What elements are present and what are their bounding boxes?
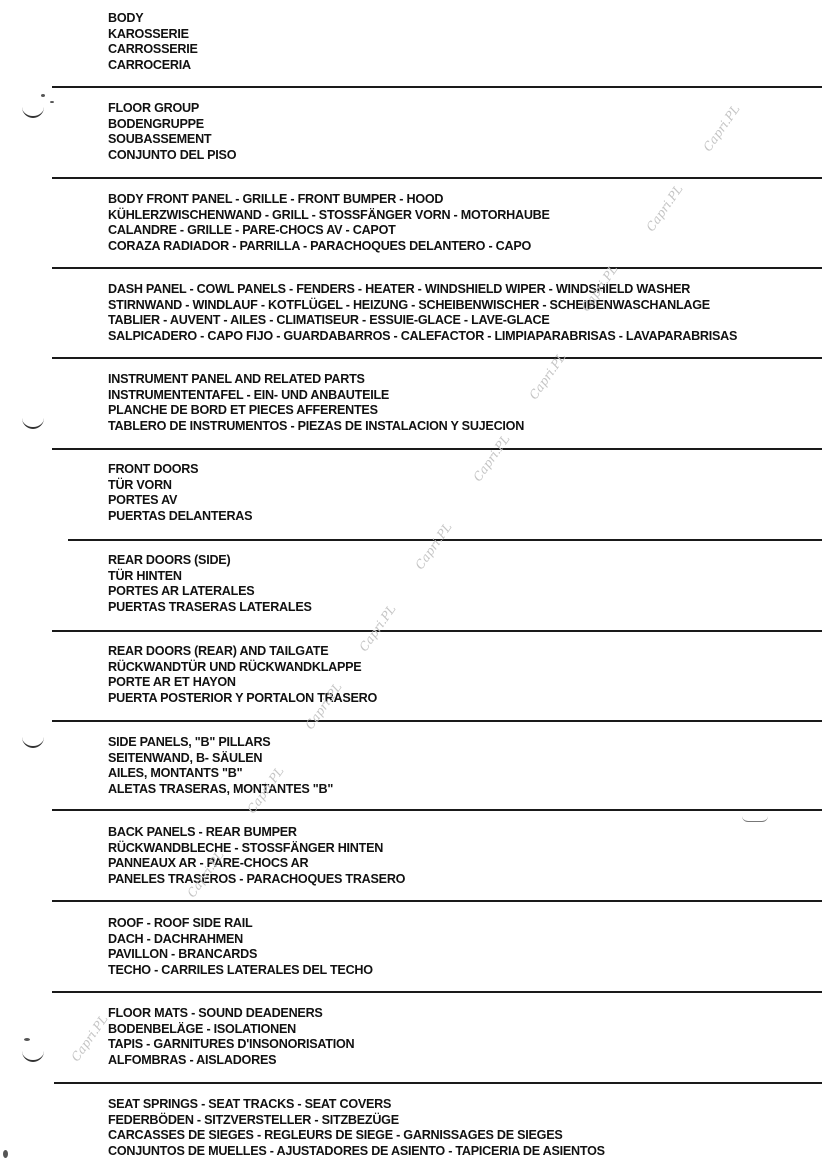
section-divider (52, 448, 822, 450)
watermark: Capri.PL (69, 1012, 111, 1064)
section-front-doors: FRONT DOORS TÜR VORN PORTES AV PUERTAS D… (108, 462, 822, 524)
section-divider (52, 900, 822, 902)
section-line-es: PUERTAS TRASERAS LATERALES (108, 600, 822, 616)
section-line-de: KAROSSERIE (108, 27, 822, 43)
punch-hole-mark (22, 104, 44, 118)
scan-speck (41, 94, 45, 97)
section-line-fr: AILES, MONTANTS "B" (108, 766, 822, 782)
section-line-es: TABLERO DE INSTRUMENTOS - PIEZAS DE INST… (108, 419, 822, 435)
section-line-de: DACH - DACHRAHMEN (108, 932, 822, 948)
section-title: BODY FRONT PANEL - GRILLE - FRONT BUMPER… (108, 192, 822, 208)
section-line-es: ALFOMBRAS - AISLADORES (108, 1053, 822, 1069)
scan-speck (3, 1150, 8, 1158)
scan-speck (50, 101, 54, 103)
section-line-fr: PORTE AR ET HAYON (108, 675, 822, 691)
section-side-panels: SIDE PANELS, "B" PILLARS SEITENWAND, B- … (108, 735, 822, 797)
section-title: INSTRUMENT PANEL AND RELATED PARTS (108, 372, 822, 388)
section-instrument-panel: INSTRUMENT PANEL AND RELATED PARTS INSTR… (108, 372, 822, 434)
section-title: FRONT DOORS (108, 462, 822, 478)
section-line-de: TÜR HINTEN (108, 569, 822, 585)
punch-hole-mark (22, 734, 44, 748)
section-body: BODY KAROSSERIE CARROSSERIE CARROCERIA (108, 11, 822, 73)
section-line-es: ALETAS TRASERAS, MONTANTES "B" (108, 782, 822, 798)
section-line-fr: CARCASSES DE SIEGES - REGLEURS DE SIEGE … (108, 1128, 822, 1144)
section-line-es: SALPICADERO - CAPO FIJO - GUARDABARROS -… (108, 329, 822, 345)
section-line-fr: TABLIER - AUVENT - AILES - CLIMATISEUR -… (108, 313, 822, 329)
section-divider (68, 539, 822, 541)
section-title: BODY (108, 11, 822, 27)
section-line-de: TÜR VORN (108, 478, 822, 494)
section-title: REAR DOORS (SIDE) (108, 553, 822, 569)
section-divider (52, 357, 822, 359)
section-title: BACK PANELS - REAR BUMPER (108, 825, 822, 841)
section-line-de: INSTRUMENTENTAFEL - EIN- UND ANBAUTEILE (108, 388, 822, 404)
section-line-es: CONJUNTO DEL PISO (108, 148, 822, 164)
section-line-es: CORAZA RADIADOR - PARRILLA - PARACHOQUES… (108, 239, 822, 255)
section-rear-doors-rear: REAR DOORS (REAR) AND TAILGATE RÜCKWANDT… (108, 644, 822, 706)
punch-hole-mark (22, 1048, 44, 1062)
section-line-de: RÜCKWANDTÜR UND RÜCKWANDKLAPPE (108, 660, 822, 676)
section-roof: ROOF - ROOF SIDE RAIL DACH - DACHRAHMEN … (108, 916, 822, 978)
section-body-front-panel: BODY FRONT PANEL - GRILLE - FRONT BUMPER… (108, 192, 822, 254)
section-divider (52, 991, 822, 993)
section-line-fr: PORTES AV (108, 493, 822, 509)
section-line-fr: CALANDRE - GRILLE - PARE-CHOCS AV - CAPO… (108, 223, 822, 239)
section-divider (52, 177, 822, 179)
section-floor-group: FLOOR GROUP BODENGRUPPE SOUBASSEMENT CON… (108, 101, 822, 163)
section-dash-panel: DASH PANEL - COWL PANELS - FENDERS - HEA… (108, 282, 822, 344)
section-line-fr: PAVILLON - BRANCARDS (108, 947, 822, 963)
section-line-de: RÜCKWANDBLECHE - STOSSFÄNGER HINTEN (108, 841, 822, 857)
section-line-de: BODENGRUPPE (108, 117, 822, 133)
section-rear-doors-side: REAR DOORS (SIDE) TÜR HINTEN PORTES AR L… (108, 553, 822, 615)
section-line-es: PUERTA POSTERIOR Y PORTALON TRASERO (108, 691, 822, 707)
section-line-de: STIRNWAND - WINDLAUF - KOTFLÜGEL - HEIZU… (108, 298, 822, 314)
section-title: SEAT SPRINGS - SEAT TRACKS - SEAT COVERS (108, 1097, 822, 1113)
section-title: SIDE PANELS, "B" PILLARS (108, 735, 822, 751)
section-divider (54, 1082, 822, 1084)
section-divider (52, 720, 822, 722)
scan-speck (24, 1038, 30, 1041)
section-title: FLOOR GROUP (108, 101, 822, 117)
section-divider (52, 630, 822, 632)
section-line-fr: PANNEAUX AR - PARE-CHOCS AR (108, 856, 822, 872)
section-line-es: CARROCERIA (108, 58, 822, 74)
section-divider (52, 86, 822, 88)
document-page: BODY KAROSSERIE CARROSSERIE CARROCERIA F… (0, 0, 822, 1163)
section-back-panels: BACK PANELS - REAR BUMPER RÜCKWANDBLECHE… (108, 825, 822, 887)
pen-mark (742, 816, 768, 822)
section-title: REAR DOORS (REAR) AND TAILGATE (108, 644, 822, 660)
section-seat-springs: SEAT SPRINGS - SEAT TRACKS - SEAT COVERS… (108, 1097, 822, 1159)
section-line-es: PANELES TRASEROS - PARACHOQUES TRASERO (108, 872, 822, 888)
section-line-fr: CARROSSERIE (108, 42, 822, 58)
section-line-fr: SOUBASSEMENT (108, 132, 822, 148)
section-divider (52, 809, 822, 811)
section-title: FLOOR MATS - SOUND DEADENERS (108, 1006, 822, 1022)
section-line-es: TECHO - CARRILES LATERALES DEL TECHO (108, 963, 822, 979)
section-line-fr: TAPIS - GARNITURES D'INSONORISATION (108, 1037, 822, 1053)
section-floor-mats: FLOOR MATS - SOUND DEADENERS BODENBELÄGE… (108, 1006, 822, 1068)
section-divider (52, 267, 822, 269)
section-title: ROOF - ROOF SIDE RAIL (108, 916, 822, 932)
section-line-es: CONJUNTOS DE MUELLES - AJUSTADORES DE AS… (108, 1144, 822, 1160)
section-line-es: PUERTAS DELANTERAS (108, 509, 822, 525)
section-line-de: FEDERBÖDEN - SITZVERSTELLER - SITZBEZÜGE (108, 1113, 822, 1129)
section-line-de: SEITENWAND, B- SÄULEN (108, 751, 822, 767)
punch-hole-mark (22, 415, 44, 429)
section-line-fr: PORTES AR LATERALES (108, 584, 822, 600)
section-line-de: BODENBELÄGE - ISOLATIONEN (108, 1022, 822, 1038)
section-line-de: KÜHLERZWISCHENWAND - GRILL - STOSSFÄNGER… (108, 208, 822, 224)
section-title: DASH PANEL - COWL PANELS - FENDERS - HEA… (108, 282, 822, 298)
section-line-fr: PLANCHE DE BORD ET PIECES AFFERENTES (108, 403, 822, 419)
